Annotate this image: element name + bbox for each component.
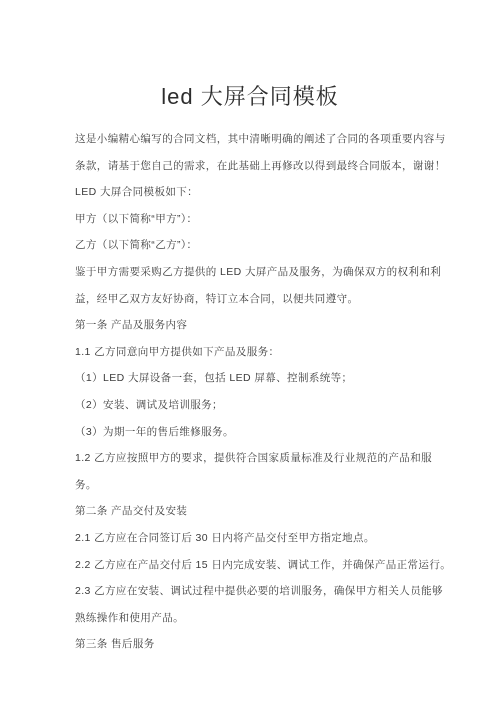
- text-line: LED 大屏合同模板如下：: [75, 179, 470, 206]
- text-line: （2）安装、调试及培训服务；: [75, 392, 470, 419]
- text-line: 2.3 乙方应在安装、调试过程中提供必要的培训服务，确保甲方相关人员能够: [75, 578, 470, 605]
- document-page: led 大屏合同模板 这是小编精心编写的合同文档，其中清晰明确的阐述了合同的各项…: [0, 0, 500, 707]
- text-line: 这是小编精心编写的合同文档，其中清晰明确的阐述了合同的各项重要内容与: [75, 126, 470, 153]
- text-line: 1.1 乙方同意向甲方提供如下产品及服务：: [75, 339, 470, 366]
- text-line: 鉴于甲方需要采购乙方提供的 LED 大屏产品及服务，为确保双方的权利和利: [75, 259, 470, 286]
- text-line: 1.2 乙方应按照甲方的要求，提供符合国家质量标准及行业规范的产品和服: [75, 445, 470, 472]
- text-line: （3）为期一年的售后维修服务。: [75, 419, 470, 446]
- text-line: （1）LED 大屏设备一套，包括 LED 屏幕、控制系统等；: [75, 365, 470, 392]
- text-line: 2.2 乙方应在产品交付后 15 日内完成安装、调试工作，并确保产品正常运行。: [75, 552, 470, 579]
- section-heading: 第三条 售后服务: [75, 631, 470, 658]
- text-line: 2.1 乙方应在合同签订后 30 日内将产品交付至甲方指定地点。: [75, 525, 470, 552]
- text-line: 务。: [75, 472, 470, 499]
- text-line: 乙方（以下简称“乙方”）：: [75, 232, 470, 259]
- text-line: 熟练操作和使用产品。: [75, 605, 470, 632]
- document-title: led 大屏合同模板: [0, 80, 500, 111]
- section-heading: 第二条 产品交付及安装: [75, 498, 470, 525]
- section-heading: 第一条 产品及服务内容: [75, 312, 470, 339]
- text-line: 甲方（以下简称“甲方”）：: [75, 206, 470, 233]
- document-body: 这是小编精心编写的合同文档，其中清晰明确的阐述了合同的各项重要内容与 条款，请基…: [75, 126, 470, 658]
- text-line: 益，经甲乙双方友好协商，特订立本合同，以便共同遵守。: [75, 286, 470, 313]
- text-line: 条款，请基于您自己的需求，在此基础上再修改以得到最终合同版本，谢谢！: [75, 153, 470, 180]
